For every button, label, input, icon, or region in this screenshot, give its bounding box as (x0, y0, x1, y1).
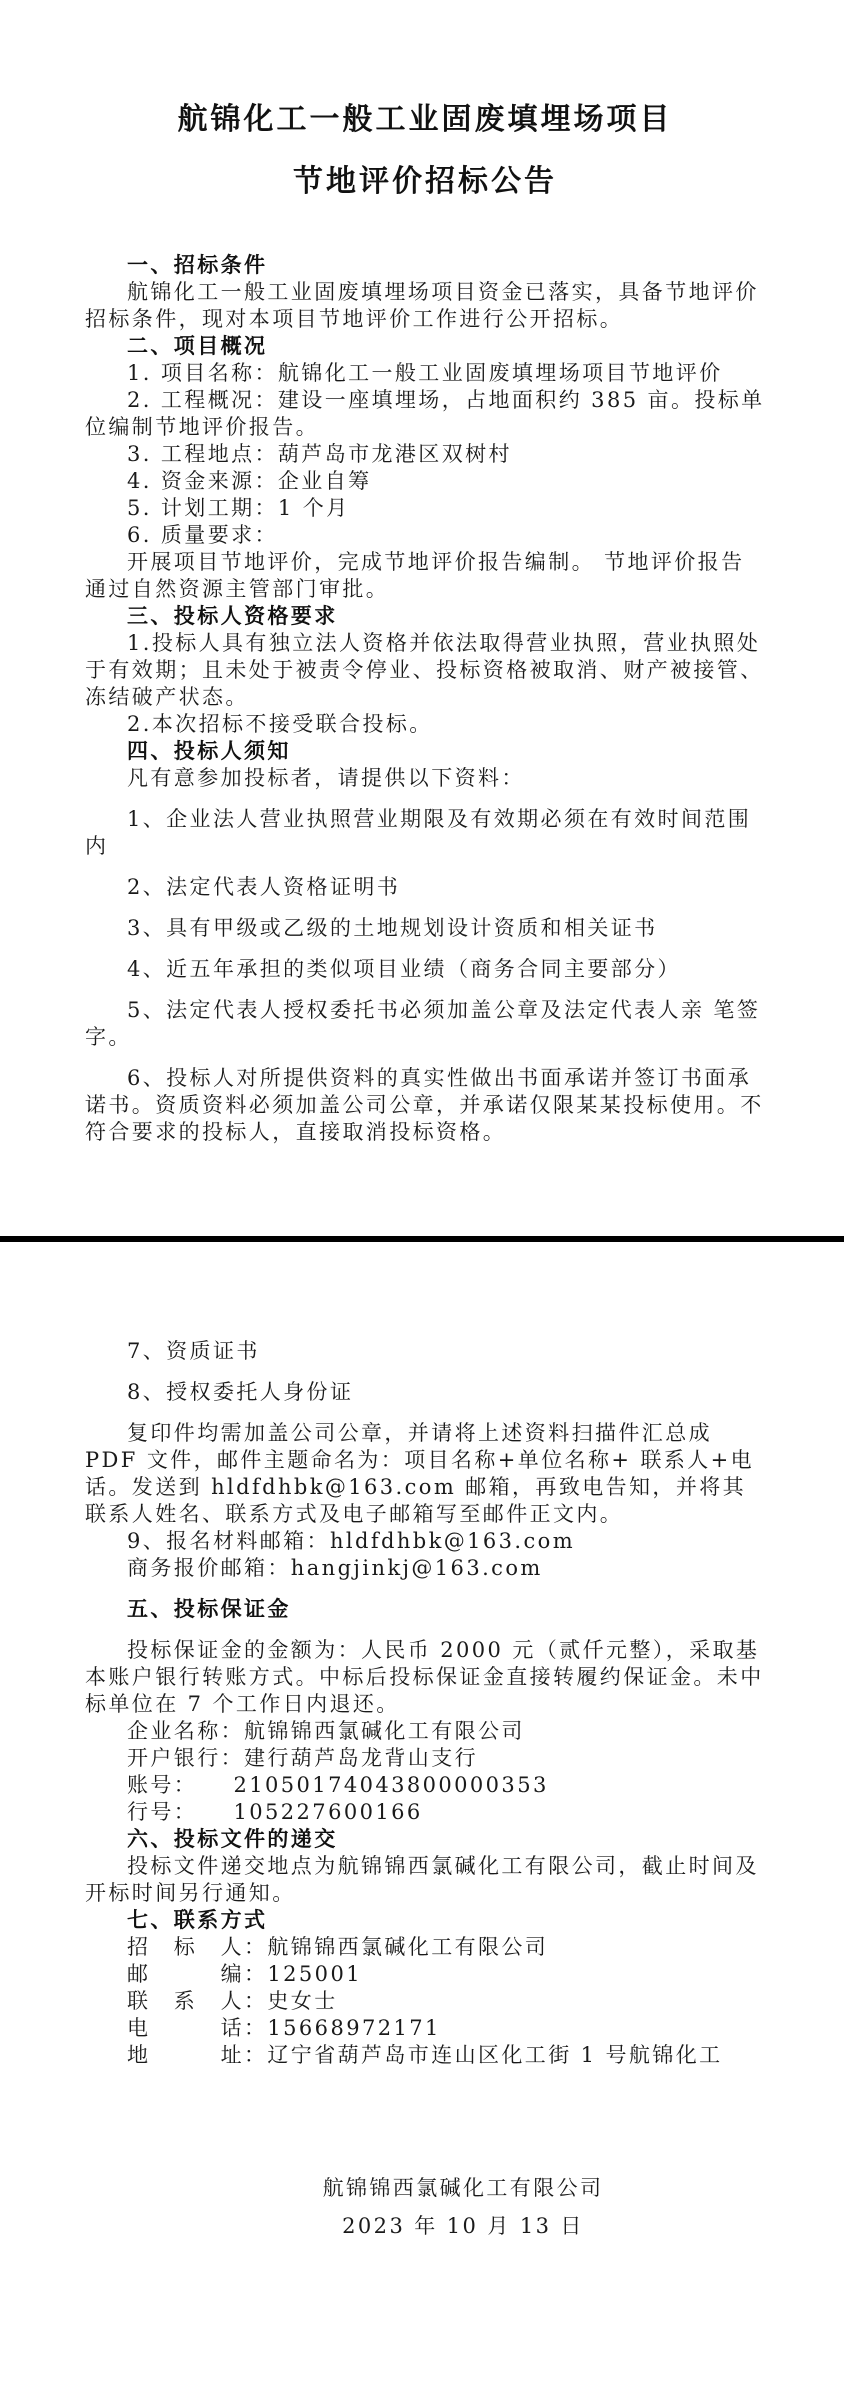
paragraph: 6. 质量要求： (85, 522, 765, 549)
paragraph: 复印件均需加盖公司公章，并请将上述资料扫描件汇总成 PDF 文件，邮件主题命名为… (85, 1420, 765, 1528)
document-title-line1: 航锦化工一般工业固废填埋场项目 (85, 100, 765, 140)
document-title-line2: 节地评价招标公告 (85, 162, 765, 202)
document-body: 一、招标条件航锦化工一般工业固废填埋场项目资金已落实，具备节地评价招标条件，现对… (85, 252, 765, 2069)
paragraph: 8、授权委托人身份证 (85, 1379, 765, 1406)
paragraph: 5、法定代表人授权委托书必须加盖公章及法定代表人亲 笔签字。 (85, 997, 765, 1051)
paragraph: 投标保证金的金额为：人民币 2000 元（贰仟元整），采取基本账户银行转账方式。… (85, 1637, 765, 1718)
paragraph: 9、报名材料邮箱：hldfdhbk@163.com (85, 1528, 765, 1555)
paragraph: 开户银行：建行葫芦岛龙背山支行 (85, 1745, 765, 1772)
paragraph: 地 址：辽宁省葫芦岛市连山区化工街 1 号航锦化工 (85, 2042, 765, 2069)
section-heading: 二、项目概况 (85, 333, 765, 360)
paragraph: 招 标 人：航锦锦西氯碱化工有限公司 (85, 1934, 765, 1961)
paragraph: 企业名称：航锦锦西氯碱化工有限公司 (85, 1718, 765, 1745)
paragraph: 1.投标人具有独立法人资格并依法取得营业执照，营业执照处于有效期；且未处于被责令… (85, 630, 765, 711)
paragraph: 3. 工程地点：葫芦岛市龙港区双树村 (85, 441, 765, 468)
paragraph: 投标文件递交地点为航锦锦西氯碱化工有限公司，截止时间及开标时间另行通知。 (85, 1853, 765, 1907)
paragraph: 账号： 21050174043800000353 (85, 1772, 765, 1799)
paragraph: 3、具有甲级或乙级的土地规划设计资质和相关证书 (85, 915, 765, 942)
paragraph: 凡有意参加投标者，请提供以下资料： (85, 765, 765, 792)
paragraph: 航锦化工一般工业固废填埋场项目资金已落实，具备节地评价招标条件，现对本项目节地评… (85, 279, 765, 333)
section-heading: 六、投标文件的递交 (85, 1826, 765, 1853)
paragraph: 2、法定代表人资格证明书 (85, 874, 765, 901)
signature-block: 航锦锦西氯碱化工有限公司 2023 年 10 月 13 日 (123, 2169, 803, 2245)
paragraph: 5. 计划工期：1 个月 (85, 495, 765, 522)
signature-date: 2023 年 10 月 13 日 (123, 2207, 803, 2245)
paragraph: 电 话：15668972171 (85, 2015, 765, 2042)
signature-company: 航锦锦西氯碱化工有限公司 (123, 2169, 803, 2207)
document-page: 航锦化工一般工业固废填埋场项目 节地评价招标公告 一、招标条件航锦化工一般工业固… (0, 0, 844, 2398)
section-heading: 七、联系方式 (85, 1907, 765, 1934)
paragraph: 2.本次招标不接受联合投标。 (85, 711, 765, 738)
paragraph: 1、企业法人营业执照营业期限及有效期必须在有效时间范围内 (85, 806, 765, 860)
paragraph: 2. 工程概况：建设一座填埋场，占地面积约 385 亩。投标单位编制节地评价报告… (85, 387, 765, 441)
paragraph: 开展项目节地评价，完成节地评价报告编制。 节地评价报告通过自然资源主管部门审批。 (85, 549, 765, 603)
section-heading: 五、投标保证金 (85, 1596, 765, 1623)
paragraph: 4、近五年承担的类似项目业绩（商务合同主要部分） (85, 956, 765, 983)
paragraph: 6、投标人对所提供资料的真实性做出书面承诺并签订书面承诺书。资质资料必须加盖公司… (85, 1065, 765, 1146)
paragraph: 邮 编：125001 (85, 1961, 765, 1988)
section-heading: 三、投标人资格要求 (85, 603, 765, 630)
section-heading: 四、投标人须知 (85, 738, 765, 765)
paragraph: 联 系 人：史女士 (85, 1988, 765, 2015)
page-divider (0, 1236, 844, 1242)
paragraph: 7、资质证书 (85, 1338, 765, 1365)
paragraph: 1. 项目名称：航锦化工一般工业固废填埋场项目节地评价 (85, 360, 765, 387)
paragraph: 行号： 105227600166 (85, 1799, 765, 1826)
section-heading: 一、招标条件 (85, 252, 765, 279)
paragraph: 4. 资金来源：企业自筹 (85, 468, 765, 495)
paragraph: 商务报价邮箱：hangjinkj@163.com (85, 1555, 765, 1582)
